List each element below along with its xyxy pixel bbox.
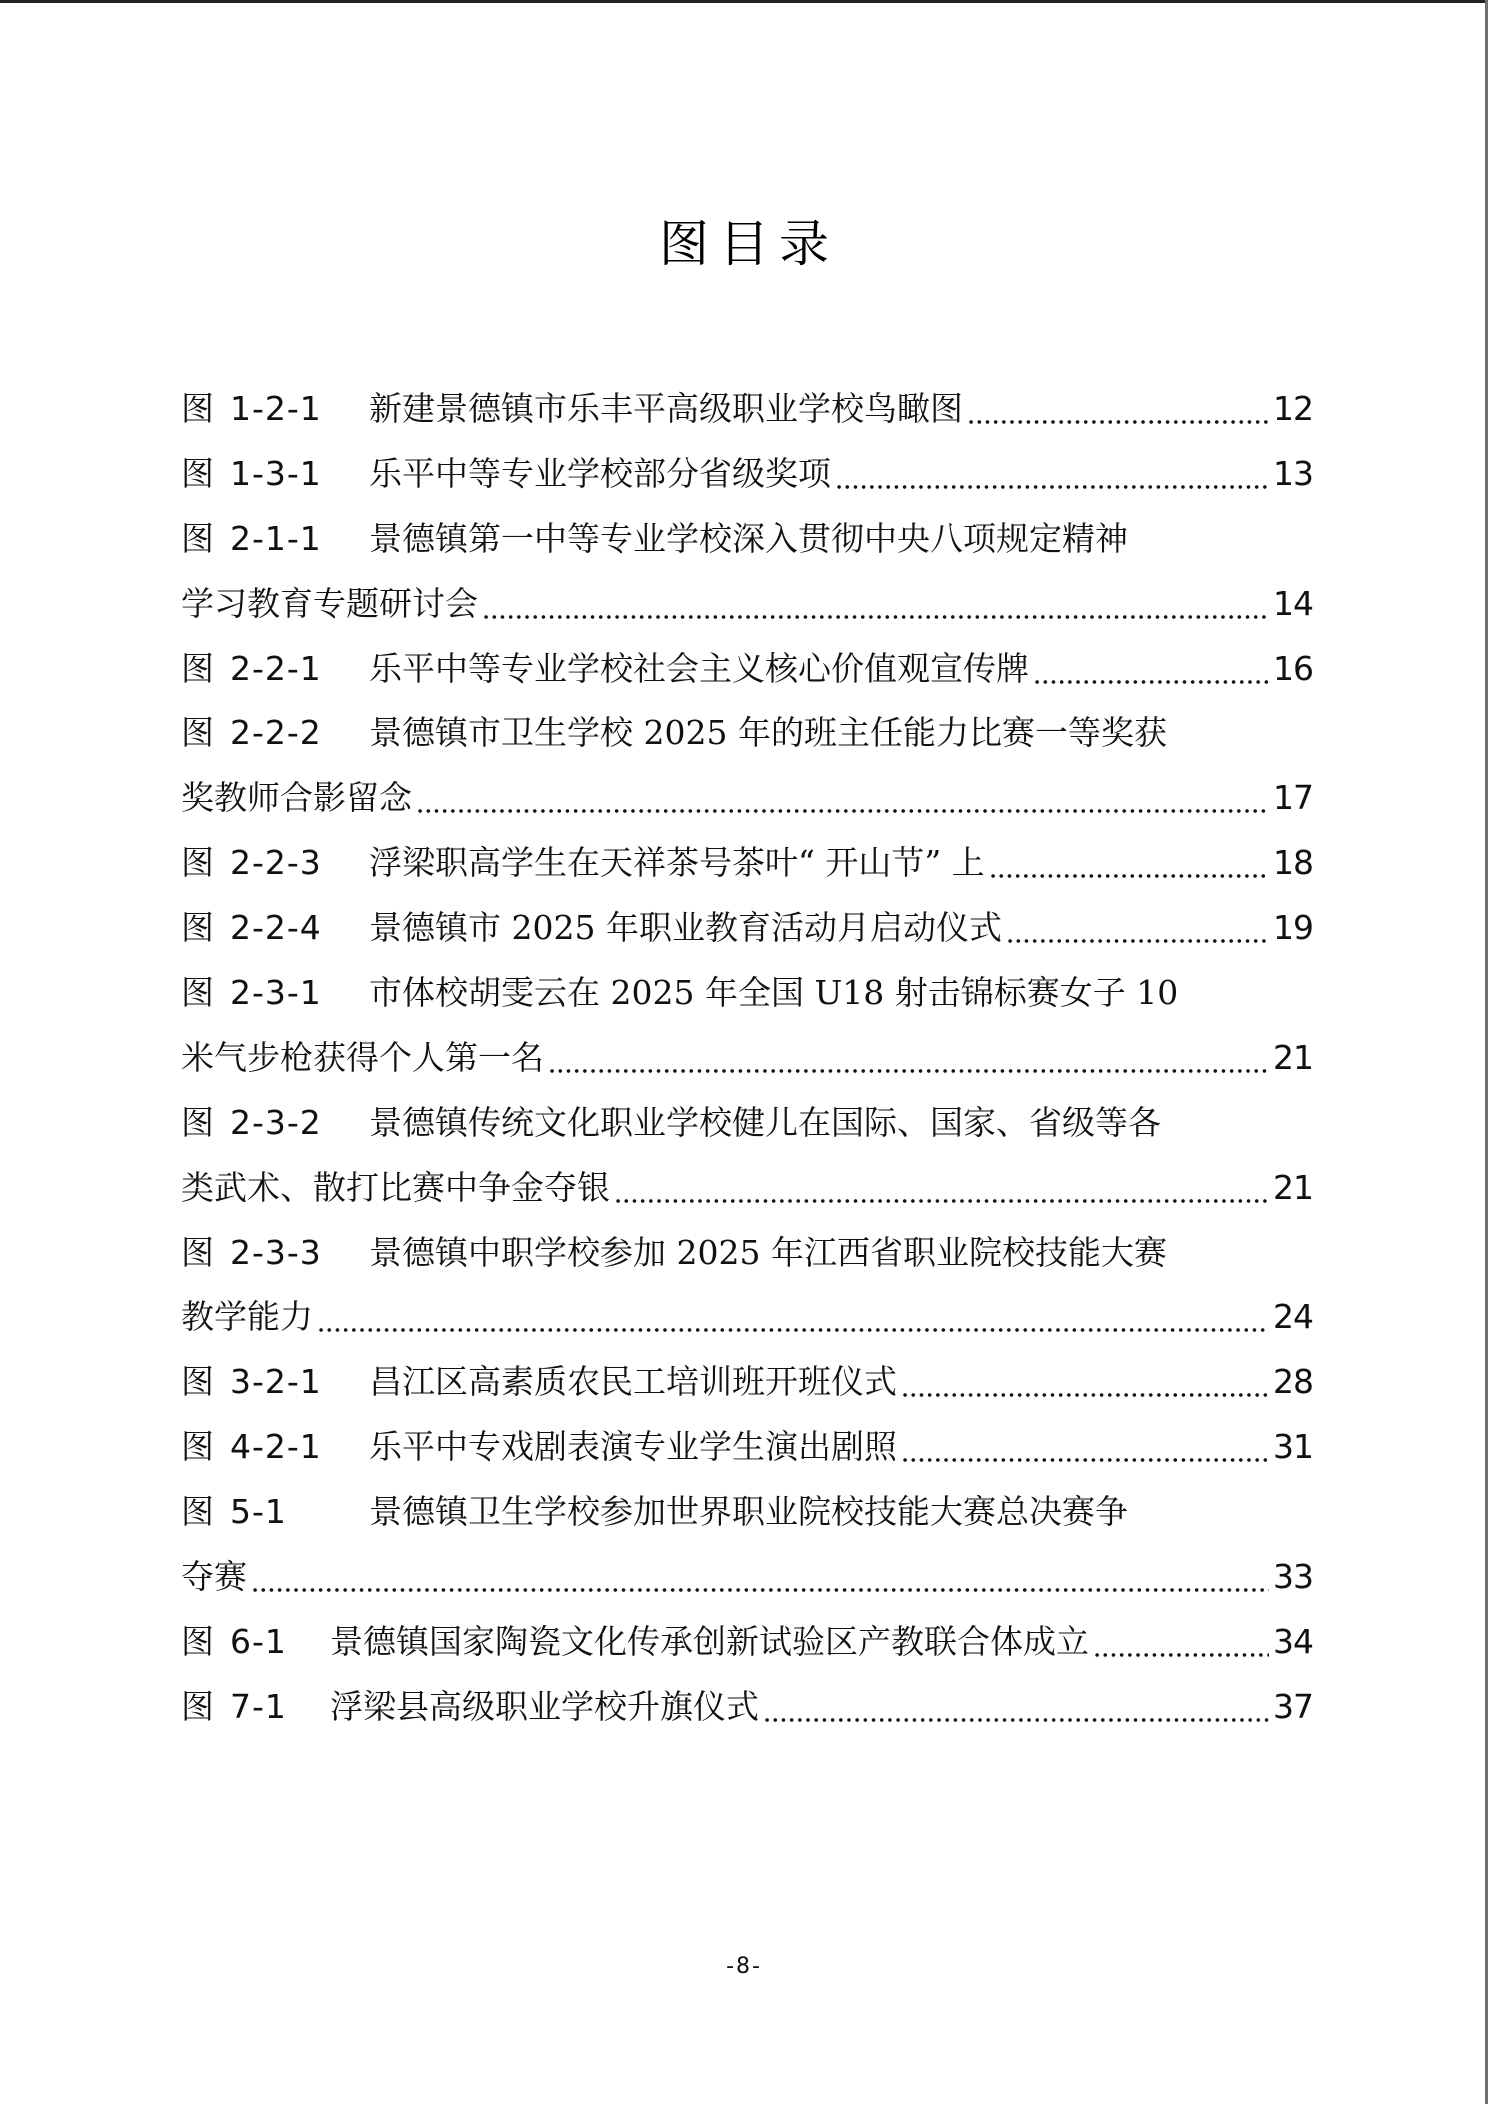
dot-leader xyxy=(763,1675,1269,1740)
toc-entry[interactable]: 图 2-2-4 景德镇市 2025 年职业教育活动月启动仪式 19 xyxy=(181,896,1313,961)
toc-entry[interactable]: 图 2-3-3 景德镇中职学校参加 2025 年江西省职业院校技能大赛 xyxy=(181,1221,1313,1286)
figure-label: 图 2-1-1 xyxy=(181,507,369,572)
figure-number: 2-2-4 xyxy=(230,896,322,961)
dot-leader xyxy=(1006,896,1269,961)
page-number[interactable]: 31 xyxy=(1273,1415,1313,1480)
figure-caption: 市体校胡雯云在 2025 年全国 U18 射击锦标赛女子 10 xyxy=(369,961,1178,1026)
page-number[interactable]: 34 xyxy=(1273,1610,1313,1675)
figure-word: 图 xyxy=(181,1221,214,1286)
figure-number: 2-3-1 xyxy=(230,961,322,1026)
dot-leader xyxy=(1033,637,1269,702)
page-number[interactable]: 24 xyxy=(1273,1285,1313,1350)
figure-caption-continued: 教学能力 xyxy=(181,1285,313,1350)
figure-number: 2-1-1 xyxy=(230,507,322,572)
toc-entry[interactable]: 图 1-2-1 新建景德镇市乐丰平高级职业学校鸟瞰图 12 xyxy=(181,377,1313,442)
figure-label: 图 2-2-2 xyxy=(181,701,369,766)
figure-number: 5-1 xyxy=(230,1480,287,1545)
page-number[interactable]: 14 xyxy=(1273,572,1313,637)
page-number[interactable]: 19 xyxy=(1273,896,1313,961)
figure-label: 图 7-1 xyxy=(181,1675,330,1740)
figure-label: 图 4-2-1 xyxy=(181,1415,369,1480)
figure-caption: 景德镇第一中等专业学校深入贯彻中央八项规定精神 xyxy=(369,507,1128,572)
toc-entry-continuation[interactable]: 类武术、散打比赛中争金夺银 21 xyxy=(181,1156,1313,1221)
page-number[interactable]: 21 xyxy=(1273,1156,1313,1221)
figure-caption-continued: 米气步枪获得个人第一名 xyxy=(181,1026,544,1091)
toc-entry[interactable]: 图 2-2-3 浮梁职高学生在天祥茶号茶叶“ 开山节” 上 18 xyxy=(181,831,1313,896)
figure-label: 图 2-3-3 xyxy=(181,1221,369,1286)
dot-leader xyxy=(317,1285,1269,1350)
figure-caption: 昌江区高素质农民工培训班开班仪式 xyxy=(369,1350,897,1415)
figure-caption-continued: 夺赛 xyxy=(181,1545,247,1610)
figure-caption-continued: 学习教育专题研讨会 xyxy=(181,572,478,637)
toc-entry-continuation[interactable]: 奖教师合影留念 17 xyxy=(181,766,1313,831)
figure-word: 图 xyxy=(181,701,214,766)
dot-leader xyxy=(835,442,1269,507)
figure-caption: 景德镇市 2025 年职业教育活动月启动仪式 xyxy=(369,896,1002,961)
dot-leader xyxy=(548,1026,1269,1091)
figure-caption: 乐平中等专业学校部分省级奖项 xyxy=(369,442,831,507)
page-number[interactable]: 18 xyxy=(1273,831,1313,896)
figure-word: 图 xyxy=(181,1480,214,1545)
toc-entry-continuation[interactable]: 米气步枪获得个人第一名 21 xyxy=(181,1026,1313,1091)
toc-entry[interactable]: 图 4-2-1 乐平中专戏剧表演专业学生演出剧照 31 xyxy=(181,1415,1313,1480)
figure-caption-continued: 类武术、散打比赛中争金夺银 xyxy=(181,1156,610,1221)
figure-word: 图 xyxy=(181,831,214,896)
toc-entry[interactable]: 图 5-1 景德镇卫生学校参加世界职业院校技能大赛总决赛争 xyxy=(181,1480,1313,1545)
figure-number: 2-2-3 xyxy=(230,831,322,896)
page-number[interactable]: 17 xyxy=(1273,766,1313,831)
figure-caption: 景德镇传统文化职业学校健儿在国际、国家、省级等各 xyxy=(369,1091,1161,1156)
dot-leader xyxy=(482,572,1269,637)
figure-word: 图 xyxy=(181,1675,214,1740)
figure-label: 图 2-2-4 xyxy=(181,896,369,961)
figure-word: 图 xyxy=(181,442,214,507)
figure-number: 2-2-1 xyxy=(230,637,322,702)
figure-label: 图 2-2-1 xyxy=(181,637,369,702)
figure-word: 图 xyxy=(181,637,214,702)
figure-word: 图 xyxy=(181,1610,214,1675)
figure-number: 2-3-2 xyxy=(230,1091,322,1156)
page-number[interactable]: 37 xyxy=(1273,1675,1313,1740)
toc-entry[interactable]: 图 6-1 景德镇国家陶瓷文化传承创新试验区产教联合体成立 34 xyxy=(181,1610,1313,1675)
toc-entry[interactable]: 图 2-3-2 景德镇传统文化职业学校健儿在国际、国家、省级等各 xyxy=(181,1091,1313,1156)
figure-caption: 景德镇中职学校参加 2025 年江西省职业院校技能大赛 xyxy=(369,1221,1167,1286)
figure-caption: 浮梁县高级职业学校升旗仪式 xyxy=(330,1675,759,1740)
figure-number: 3-2-1 xyxy=(230,1350,322,1415)
toc-entry-continuation[interactable]: 学习教育专题研讨会 14 xyxy=(181,572,1313,637)
figure-number: 2-2-2 xyxy=(230,701,322,766)
page-number[interactable]: 13 xyxy=(1273,442,1313,507)
figure-number: 6-1 xyxy=(230,1610,287,1675)
figure-label: 图 2-2-3 xyxy=(181,831,369,896)
toc-entry[interactable]: 图 2-3-1 市体校胡雯云在 2025 年全国 U18 射击锦标赛女子 10 xyxy=(181,961,1313,1026)
figure-word: 图 xyxy=(181,377,214,442)
figure-number: 1-2-1 xyxy=(230,377,322,442)
figure-word: 图 xyxy=(181,1091,214,1156)
figure-label: 图 1-2-1 xyxy=(181,377,369,442)
figure-label: 图 6-1 xyxy=(181,1610,330,1675)
figure-label: 图 1-3-1 xyxy=(181,442,369,507)
figure-number: 7-1 xyxy=(230,1675,287,1740)
figure-caption: 乐平中专戏剧表演专业学生演出剧照 xyxy=(369,1415,897,1480)
dot-leader xyxy=(901,1415,1269,1480)
figure-number: 2-3-3 xyxy=(230,1221,322,1286)
dot-leader xyxy=(416,766,1269,831)
figure-number: 4-2-1 xyxy=(230,1415,322,1480)
page-top-border xyxy=(0,0,1488,3)
dot-leader xyxy=(614,1156,1269,1221)
figure-caption: 新建景德镇市乐丰平高级职业学校鸟瞰图 xyxy=(369,377,963,442)
figure-number: 1-3-1 xyxy=(230,442,322,507)
figure-caption-continued: 奖教师合影留念 xyxy=(181,766,412,831)
page-number[interactable]: 16 xyxy=(1273,637,1313,702)
toc-entry-continuation[interactable]: 夺赛 33 xyxy=(181,1545,1313,1610)
dot-leader xyxy=(901,1350,1269,1415)
figure-word: 图 xyxy=(181,1350,214,1415)
toc-entry[interactable]: 图 2-1-1 景德镇第一中等专业学校深入贯彻中央八项规定精神 xyxy=(181,507,1313,572)
dot-leader xyxy=(1093,1610,1269,1675)
footer-page-number: -8- xyxy=(0,1954,1488,1979)
figure-label: 图 3-2-1 xyxy=(181,1350,369,1415)
figure-list: 图 1-2-1 新建景德镇市乐丰平高级职业学校鸟瞰图 12 图 1-3-1 乐平… xyxy=(181,377,1313,1740)
figure-word: 图 xyxy=(181,961,214,1026)
figure-caption: 景德镇卫生学校参加世界职业院校技能大赛总决赛争 xyxy=(369,1480,1128,1545)
toc-entry[interactable]: 图 3-2-1 昌江区高素质农民工培训班开班仪式 28 xyxy=(181,1350,1313,1415)
figure-caption: 景德镇市卫生学校 2025 年的班主任能力比赛一等奖获 xyxy=(369,701,1167,766)
toc-entry-continuation[interactable]: 教学能力 24 xyxy=(181,1285,1313,1350)
figure-label: 图 2-3-2 xyxy=(181,1091,369,1156)
figure-label: 图 2-3-1 xyxy=(181,961,369,1026)
dot-leader xyxy=(967,377,1269,442)
figure-caption: 乐平中等专业学校社会主义核心价值观宣传牌 xyxy=(369,637,1029,702)
dot-leader xyxy=(251,1545,1269,1610)
figure-caption: 景德镇国家陶瓷文化传承创新试验区产教联合体成立 xyxy=(330,1610,1089,1675)
toc-entry[interactable]: 图 2-2-1 乐平中等专业学校社会主义核心价值观宣传牌 16 xyxy=(181,637,1313,702)
page-number[interactable]: 21 xyxy=(1273,1026,1313,1091)
figure-label: 图 5-1 xyxy=(181,1480,369,1545)
page-title: 图目录 xyxy=(0,212,1488,276)
toc-entry[interactable]: 图 2-2-2 景德镇市卫生学校 2025 年的班主任能力比赛一等奖获 xyxy=(181,701,1313,766)
dot-leader xyxy=(989,831,1269,896)
figure-word: 图 xyxy=(181,896,214,961)
toc-entry[interactable]: 图 1-3-1 乐平中等专业学校部分省级奖项 13 xyxy=(181,442,1313,507)
figure-word: 图 xyxy=(181,1415,214,1480)
figure-word: 图 xyxy=(181,507,214,572)
page-number[interactable]: 28 xyxy=(1273,1350,1313,1415)
page-number[interactable]: 12 xyxy=(1273,377,1313,442)
page-number[interactable]: 33 xyxy=(1273,1545,1313,1610)
figure-caption: 浮梁职高学生在天祥茶号茶叶“ 开山节” 上 xyxy=(369,831,985,896)
toc-entry[interactable]: 图 7-1 浮梁县高级职业学校升旗仪式 37 xyxy=(181,1675,1313,1740)
